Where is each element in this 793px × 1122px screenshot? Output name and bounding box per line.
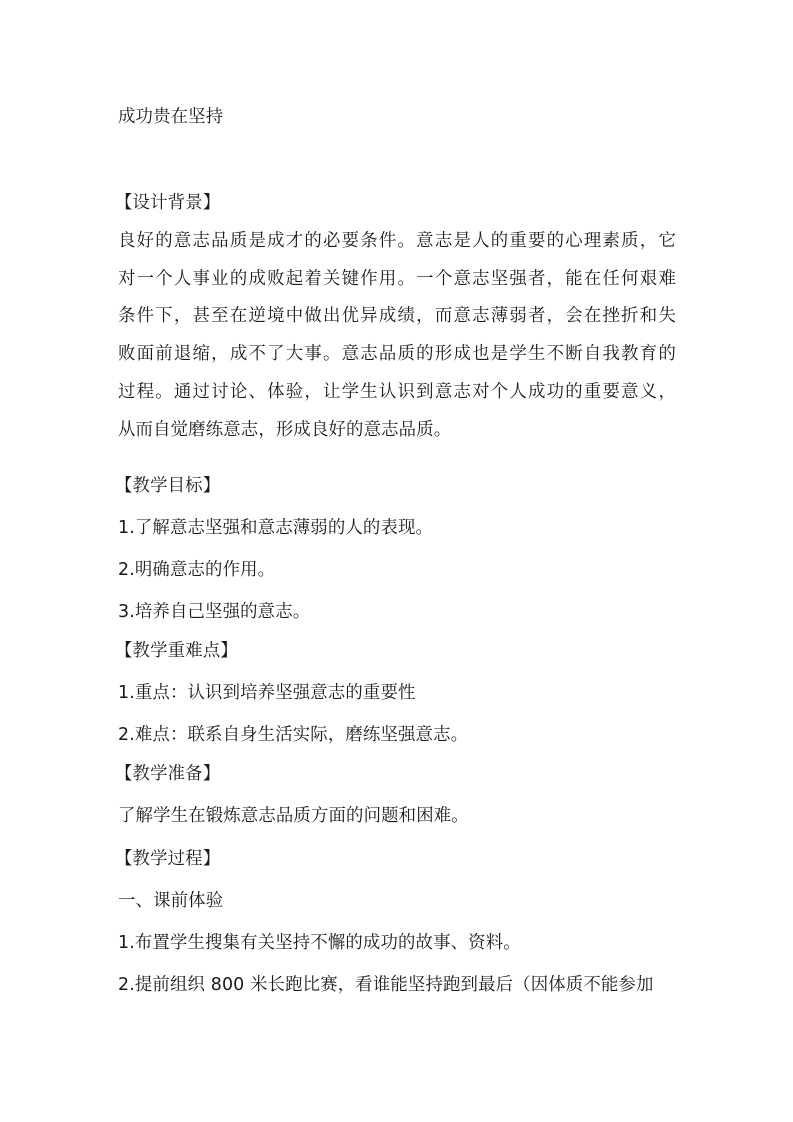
- process-subheading: 一、课前体验: [118, 890, 223, 912]
- process-item: 2.提前组织 800 米长跑比赛，看谁能坚持跑到最后（因体质不能参加: [118, 974, 654, 996]
- paragraph-line: 过程。通过讨论、体验，让学生认识到意志对个人成功的重要意义，: [118, 381, 676, 403]
- objective-item: 3.培养自己坚强的意志。: [118, 601, 310, 623]
- document-page: 成功贵在坚持 【设计背景】 良好的意志品质是成才的必要条件。意志是人的重要的心理…: [0, 0, 793, 1122]
- paragraph-line: 从而自觉磨练意志，形成良好的意志品质。: [118, 419, 451, 441]
- paragraph-line: 条件下，甚至在逆境中做出优异成绩，而意志薄弱者，会在挫折和失: [118, 305, 676, 327]
- section-heading-process: 【教学过程】: [115, 848, 220, 870]
- objective-item: 1.了解意志坚强和意志薄弱的人的表现。: [118, 517, 433, 539]
- section-heading-background: 【设计背景】: [115, 192, 220, 214]
- key-point-item: 2.难点：联系自身生活实际，磨练坚强意志。: [118, 724, 468, 746]
- process-item: 1.布置学生搜集有关坚持不懈的成功的故事、资料。: [118, 932, 521, 954]
- objective-item: 2.明确意志的作用。: [118, 559, 275, 581]
- preparation-text: 了解学生在锻炼意志品质方面的问题和困难。: [118, 805, 469, 827]
- document-title: 成功贵在坚持: [118, 106, 223, 128]
- section-heading-objectives: 【教学目标】: [115, 475, 220, 497]
- section-heading-preparation: 【教学准备】: [115, 763, 220, 785]
- key-point-item: 1.重点：认识到培养坚强意志的重要性: [118, 682, 416, 704]
- paragraph-line: 败面前退缩，成不了大事。意志品质的形成也是学生不断自我教育的: [118, 343, 676, 365]
- paragraph-line: 良好的意志品质是成才的必要条件。意志是人的重要的心理素质，它: [118, 230, 676, 252]
- paragraph-line: 对一个人事业的成败起着关键作用。一个意志坚强者，能在任何艰难: [118, 268, 676, 290]
- section-heading-key-points: 【教学重难点】: [115, 640, 238, 662]
